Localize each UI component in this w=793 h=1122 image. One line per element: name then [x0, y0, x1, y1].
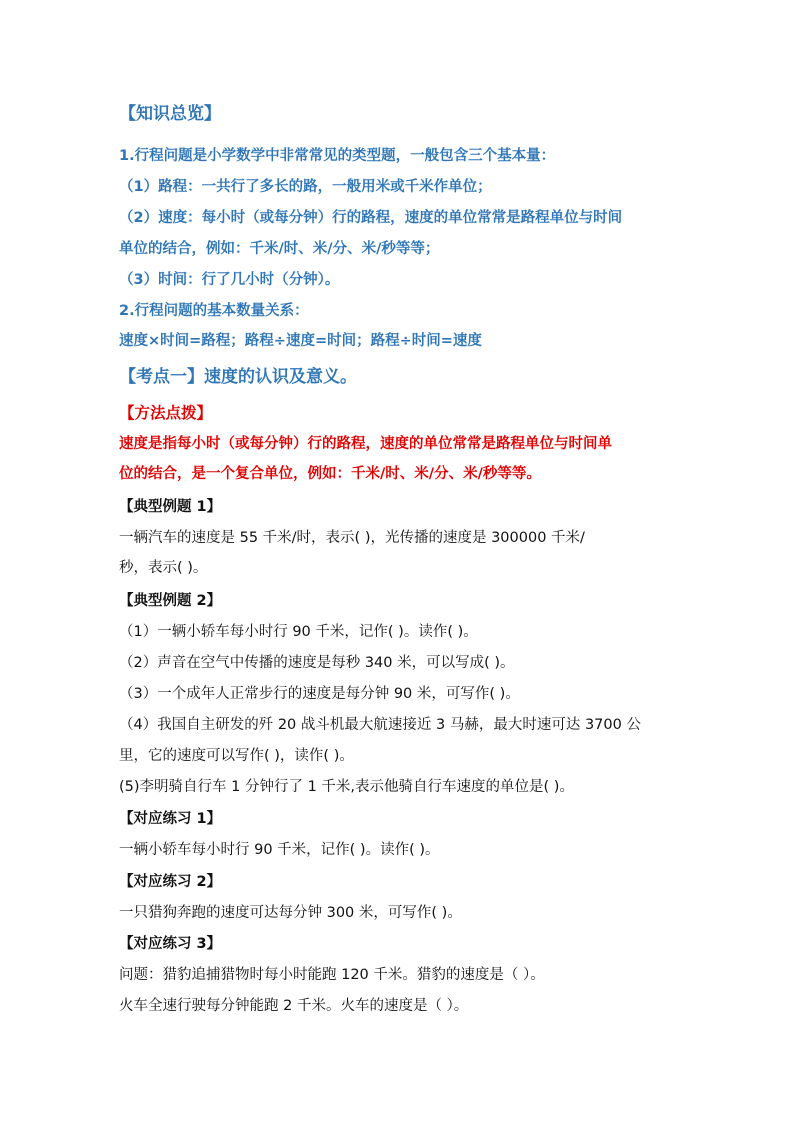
overview-line-7: 速度×时间=路程；路程÷速度=时间；路程÷时间=速度: [119, 331, 482, 351]
document-page: 【知识总览】 1.行程问题是小学数学中非常常见的类型题，一般包含三个基本量： （…: [0, 0, 793, 1122]
example2-line-1: （1）一辆小轿车每小时行 90 千米，记作( )。读作( )。: [119, 622, 478, 642]
method-line-1: 速度是指每小时（或每分钟）行的路程，速度的单位常常是路程单位与时间单: [119, 434, 612, 454]
practice1-line-1: 一辆小轿车每小时行 90 千米，记作( )。读作( )。: [119, 840, 440, 860]
example2-line-4: （4）我国自主研发的歼 20 战斗机最大航速接近 3 马赫，最大时速可达 370…: [119, 715, 641, 735]
example2-line-6: (5)李明骑自行车 1 分钟行了 1 千米,表示他骑自行车速度的单位是( )。: [119, 777, 574, 797]
practice2-heading: 【对应练习 2】: [119, 872, 221, 892]
overview-line-6: 2.行程问题的基本数量关系：: [119, 301, 309, 321]
section1-heading: 【考点一】速度的认识及意义。: [119, 367, 357, 387]
overview-line-5: （3）时间：行了几小时（分钟）。: [119, 270, 339, 290]
practice1-heading: 【对应练习 1】: [119, 809, 221, 829]
practice3-heading: 【对应练习 3】: [119, 934, 221, 954]
practice2-line-1: 一只猎狗奔跑的速度可达每分钟 300 米，可写作( )。: [119, 903, 462, 923]
example2-line-5: 里，它的速度可以写作( )，读作( )。: [119, 746, 354, 766]
example1-heading: 【典型例题 1】: [119, 497, 221, 517]
overview-line-4: 单位的结合，例如：千米/时、米/分、米/秒等等；: [119, 239, 439, 259]
method-heading: 【方法点拨】: [119, 403, 212, 423]
example2-line-3: （3）一个成年人正常步行的速度是每分钟 90 米，可写作( )。: [119, 684, 520, 704]
example2-heading: 【典型例题 2】: [119, 591, 221, 611]
example1-line-1: 一辆汽车的速度是 55 千米/时，表示( )，光传播的速度是 300000 千米…: [119, 528, 585, 548]
example1-line-2: 秒，表示( )。: [119, 558, 207, 578]
example2-line-2: （2）声音在空气中传播的速度是每秒 340 米，可以写成( )。: [119, 653, 515, 673]
overview-heading: 【知识总览】: [119, 104, 221, 124]
practice3-line-1: 问题：猎豹追捕猎物时每小时能跑 120 千米。猎豹的速度是（ ）。: [119, 965, 545, 985]
method-line-2: 位的结合，是一个复合单位，例如：千米/时、米/分、米/秒等等。: [119, 464, 541, 484]
practice3-line-2: 火车全速行驶每分钟能跑 2 千米。火车的速度是（ ）。: [119, 996, 468, 1016]
overview-line-3: （2）速度：每小时（或每分钟）行的路程，速度的单位常常是路程单位与时间: [119, 208, 622, 228]
overview-line-1: 1.行程问题是小学数学中非常常见的类型题，一般包含三个基本量：: [119, 146, 555, 166]
overview-line-2: （1）路程：一共行了多长的路，一般用米或千米作单位；: [119, 177, 492, 197]
